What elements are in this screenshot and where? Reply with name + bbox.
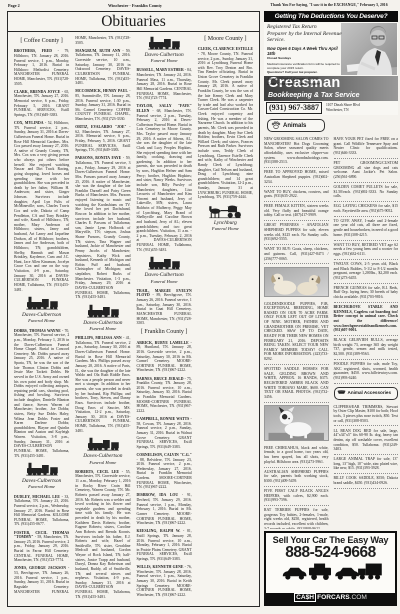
train-icon (77, 304, 128, 319)
obituary-entry: WILLIS, KENNETH GENE - 76, Winchester, T… (137, 565, 192, 597)
paw-icon (271, 121, 281, 130)
train-icon (147, 256, 181, 271)
tax-preparer-photo (341, 23, 397, 75)
obituary-name: DISBROW, IDA LOU (137, 493, 179, 497)
train-icon (25, 462, 59, 477)
tax-address-line: Winchester, TN (326, 108, 360, 113)
classified-ad: POODLE PUPPIES for sale, male Toy, AKC r… (334, 360, 399, 384)
obituary-name: BROTHERS, FRED (14, 49, 52, 53)
obituary-entry: CLARK, BRENDA JOYCE - 65, Manchester, TN… (14, 90, 69, 118)
obituary-entry: ROBERTS, CECIL LEE - 55, Manchester, TN.… (75, 470, 130, 600)
tax-ad-body: Registered Tax Return Preparer by the In… (264, 22, 398, 76)
classified-photo-puppies (264, 267, 329, 297)
classified-ad: FREE CHIHUAHUA, black and white, female,… (264, 444, 329, 468)
obituary-entry: CORNELISON, CALVIN "C.G." - 88, Belvider… (137, 453, 192, 490)
obituary-name: ROBERTS, CECIL LEE (75, 470, 119, 474)
animal-accessories-header: Animal Accessories (334, 387, 399, 400)
classified-ad: BLACK GELBVIEH BULLS, average birth weig… (334, 336, 399, 360)
funeral-home-name: Funeral Home (139, 279, 190, 284)
obituary-entry: PARSONS, BONITA FAYE - 59, Tullahoma, TN… (75, 156, 130, 299)
funeral-home-name: Funeral Home (77, 326, 128, 331)
obituary-entry: TRAIL, MARGIE EVELYN FLOYD - 89, Beechgr… (137, 289, 192, 326)
obituary-entry: RUSSELL, MARY ESTHER - 84, Manchester, T… (137, 68, 192, 100)
train-icon (86, 437, 120, 452)
obituary-entry: MCCORMICK, HENRY PAUL - 85, Summitville,… (75, 89, 130, 121)
tax-phone: (931) 967-3887 (266, 102, 322, 114)
tax-ad-footer: (931) 967-3887 1107 Dinah Shore Blvd Win… (264, 101, 398, 115)
train-icon (16, 462, 67, 477)
daves-culbertson-funeral-home-ad: Daves-CulbertsonFuneral Home (139, 256, 190, 283)
train-icon (86, 304, 120, 319)
obituary-entry: PHILLIPS, MELISSA ANN - 41, Tullahoma, T… (75, 336, 130, 433)
classified-ad: HAVE YOUR PET fixed for FREE on a grant.… (334, 135, 399, 159)
daves-culbertson-funeral-home-ad: Daves-CulbertsonFuneral Home (16, 296, 67, 323)
classified-ad: SPOTTED SADDLE HORSES FOR SALE, GELDING … (264, 365, 329, 403)
classified-ad: LL BEAN DOG BED for sale, large, 44"x34"… (334, 426, 399, 455)
classified-ad: FREE FEMALE KITTEN, sixteen weeks old. V… (264, 202, 329, 221)
funeral-home-name: Funeral Home (77, 460, 128, 465)
obituary-name: KEESLING, RALPH W. (137, 529, 181, 533)
classified-ad: EGG LAYING CHICKENS for sale, $15 each. … (334, 202, 399, 217)
obituary-entry: FOSTER, CECIL THOMAS "TOMMY" - 58, Manch… (14, 531, 69, 563)
obituaries-flow: [ Coffee County ]BROTHERS, FRED - 79, Hi… (8, 32, 259, 604)
car-ad-phone: 888-524-9668 (266, 545, 395, 561)
cash-for-cars-ad: Sell Your Car The Easy Way 888-524-9668 … (264, 531, 397, 606)
tax-ad-closed: Closed Sundays (267, 56, 345, 60)
funeral-home-name: Daves-Culbertson (139, 272, 190, 278)
obituary-name: WILLIS, KENNETH GENE (137, 565, 184, 569)
obituary-name: FOSTER, CECIL THOMAS "TOMMY" (14, 531, 69, 540)
forcars-logo-text: FORCARS (317, 594, 350, 601)
classified-ad: WANT TO BUY, chickens, roosters, and goa… (264, 187, 329, 202)
county-section-header: [ Moore County ] (198, 36, 253, 43)
tax-ad-copy: Registered Tax Return Preparer by the In… (267, 24, 345, 88)
tax-ad-line: Preparer by the Internal Revenue Service… (267, 31, 345, 44)
train-icon (77, 437, 128, 452)
obituary-name: TRAIL, MARGIE EVELYN FLOYD (137, 289, 192, 298)
county-section-header: [ Coffee County ] (14, 38, 69, 45)
funeral-home-name: Funeral Home (16, 484, 67, 489)
puppies-photo-icon (265, 268, 328, 296)
tax-ad-banner: Getting The Deductions You Deserve? (264, 11, 398, 22)
tax-ad-hours: Now Open 6 Days A Week Thru April 15th (267, 46, 345, 56)
obituary-name: JONES, GEORGE JACKSON (14, 566, 66, 570)
obituary-name: COX, MYLINDA (14, 121, 43, 125)
train-icon (139, 256, 190, 271)
obituaries-section: Obituaries [ Coffee County ]BROTHERS, FR… (7, 11, 260, 607)
edition-header: Winchester - Franklin County (70, 3, 200, 8)
obituary-name: TAYLOR, SALLY "FAYE" ELLEN (137, 104, 192, 113)
obituary-entry: BROTHERS, FRED - 79, Hillsboro, TN. Janu… (14, 49, 69, 86)
dog-photo-icon (265, 406, 328, 440)
obituary-name: PHILLIPS, MELISSA ANN (75, 336, 121, 340)
classified-ad: GOLDENDOODLE PUPPIES, F1B, EXCEPTIONAL B… (264, 299, 329, 365)
page-number: Page 2 (8, 3, 20, 8)
obituary-name: CORNELISON, CALVIN "C.G." (137, 453, 192, 457)
classified-ad: WANT TO BUY: Goats, sheep, chickens, and… (264, 245, 329, 264)
tax-service-ad: Getting The Deductions You Deserve? (264, 11, 398, 115)
train-icon (147, 36, 181, 51)
cash-logo-box: CA$H (294, 593, 316, 602)
man-at-desk-icon (341, 23, 397, 75)
animals-section-label: Animals (283, 123, 306, 129)
classified-ad: BILLY COOK SADDLE, $550; Dakota brand sa… (334, 474, 399, 489)
obituary-entry: ARRICK, RUBYE LAMELLE - 89, Huntland, TN… (137, 341, 192, 373)
newspaper-page: Page 2 Winchester - Franklin County Than… (0, 0, 400, 614)
tax-ad-note-bold: Questions? Call your tax preparer. (267, 71, 341, 75)
obituary-entry: COX, MYLINDA - 52, Hillsboro, TN. Funera… (14, 121, 69, 292)
daves-culbertson-funeral-home-ad: Daves-CulbertsonFuneral Home (77, 437, 128, 464)
classified-ad: WANT TO BUY, RETIRED VET age 62 needs a … (334, 241, 399, 260)
obituary-entry: DOBBS, THOMAS WAYNE - 70, Manchester, TN… (14, 329, 69, 459)
obituary-name: DOBBS, THOMAS WAYNE (14, 329, 61, 333)
obituary-name: PARSONS, BONITA FAYE (75, 156, 121, 160)
obituary-entry: ORTIZ, EVALARDO "JOE" - 62, Manchester, … (75, 125, 130, 153)
classified-ad: AUSTRALIAN SHEPHERD PUPPIES for sale, pa… (264, 468, 329, 487)
classified-ad: PET GROOMING/CUSTOM GROOMING all size do… (334, 159, 399, 183)
funeral-home-name: Daves-Culbertson (77, 453, 128, 459)
tax-company-tagline: Bookkeeping & Tax Service (268, 91, 398, 100)
classifieds: NEW GROOMING SALON COMES TO MANCHESTER! … (264, 135, 398, 529)
funeral-home-name: Funeral Home (200, 226, 251, 231)
lynchburg-funeral-home-ad: LynchburgFuneral Home (200, 204, 251, 231)
obituary-entry: MANGRUM, RUTH ANN - 59, Tullahoma, TN. J… (75, 49, 130, 86)
classifieds-left-column: NEW GROOMING SALON COMES TO MANCHESTER! … (264, 135, 329, 529)
obituaries-title: Obituaries (8, 12, 259, 32)
obituary-name: DUDLEY, MICHAEL LEE (14, 495, 60, 499)
classified-photo-dog (264, 405, 329, 441)
obituary-name: CAMPBELL, BONNIE WATTS (137, 417, 190, 421)
tax-ad-line: Registered Tax Return (267, 24, 345, 31)
tax-preparer-name: Cade Creasman - Tax Preparer (267, 82, 345, 87)
daves-culbertson-funeral-home-ad: Daves-CulbertsonFuneral Home (77, 304, 128, 331)
funeral-home-name: Funeral Home (139, 58, 190, 63)
obituary-name: RUSSELL, MARY ESTHER (137, 68, 184, 72)
classifieds-right-column: HAVE YOUR PET fixed for FREE on a grant.… (334, 135, 399, 529)
obituary-entry: BARNES, BRUCE JERALD - 75, Franklin Coun… (137, 377, 192, 414)
daves-culbertson-funeral-home-ad: Daves-CulbertsonFuneral Home (139, 36, 190, 63)
obituary-entry: CLEEK, CLARENCE ESTELLE - 78, Moore Coun… (198, 47, 253, 200)
obituary-name: ARRICK, RUBYE LAMELLE (137, 341, 189, 345)
classified-ad: NEW GROOMING SALON COMES TO MANCHESTER! … (264, 135, 329, 168)
classified-ad: RAT TERRIER PUPPIES for sale, gorgeous T… (264, 506, 329, 529)
classified-ad: TO GIVE AWAY, 1-male and 2-female one ye… (334, 217, 399, 241)
obituary-name: MCCORMICK, HENRY PAUL (75, 89, 128, 93)
obituary-entry: DISBROW, IDA LOU - 91, Decherd, TN. Janu… (137, 493, 192, 525)
classified-ad: LARGE ANIMAL TRAP for sale, 13" long, 13… (334, 455, 399, 474)
obituary-entry: TAYLOR, SALLY "FAYE" ELLEN - 68, Manches… (137, 104, 192, 252)
dog-bowl-icon (337, 389, 346, 395)
train-icon (16, 296, 67, 311)
obituary-name: CLEEK, CLARENCE ESTELLE (198, 47, 253, 51)
carriage-icon (200, 204, 251, 219)
cashforcars-logo: CA$HFORCARS.COM (266, 593, 395, 604)
funeral-home-name: Funeral Home (16, 318, 67, 323)
animals-section-header: Animals (267, 119, 325, 132)
dog-bowl-icon (337, 389, 346, 397)
classified-ad: TWELVE COWS, 2-5 years old, Black and Bl… (334, 260, 399, 284)
dotcom-logo-text: .COM (350, 594, 367, 601)
classified-ad: FRENCH GUINEAS for sale, R.I. Reds, Buff… (334, 284, 399, 303)
obituary-entry: DUDLEY, MICHAEL LEE - 33, Tullahoma, TN.… (14, 495, 69, 527)
daves-culbertson-funeral-home-ad: Daves-CulbertsonFuneral Home (16, 462, 67, 489)
animal-accessories-label: Animal Accessories (348, 391, 392, 396)
right-column: Getting The Deductions You Deserve? (264, 0, 398, 614)
classified-ad: FIVE FIRST CALF BLACK ANGUS HEIFERS, wit… (264, 487, 329, 506)
classified-ad: BEECHGROVE STABLE AND KENNELS, Cageless … (334, 303, 399, 336)
vehicles-icon (266, 561, 395, 588)
obituary-name: MANGRUM, RUTH ANN (75, 49, 120, 53)
obituary-name: CLARK, BRENDA JOYCE (14, 90, 60, 94)
obituary-entry: KEESLING, RALPH W. - 81, Estill Springs,… (137, 529, 192, 561)
classified-ad: CLIPPERS/EAR TRIMMERS, Stewart by Oster … (334, 403, 399, 427)
obituary-entry: CAMPBELL, BONNIE WATTS - 58, Cowan, TN. … (137, 417, 192, 449)
tax-address: 1107 Dinah Shore Blvd Winchester, TN (326, 103, 360, 112)
train-icon (25, 296, 59, 311)
classified-ad: GOLDEN COMET PULLETS for sale, $1.50/eac… (334, 183, 399, 202)
obituary-name: BARNES, BRUCE JERALD (137, 377, 184, 381)
horse-carriage-icon (208, 204, 242, 219)
train-icon (139, 36, 190, 51)
county-section-header: [ Franklin County ] (137, 329, 192, 336)
classified-ad: FREE TO APPROVED HOME, mixed Australian … (264, 168, 329, 187)
classified-ad: GREAT PYRENEES - ANATOLIAN SHEPHERD PUPP… (264, 221, 329, 245)
obituary-name: ORTIZ, EVALARDO "JOE" (75, 125, 126, 129)
